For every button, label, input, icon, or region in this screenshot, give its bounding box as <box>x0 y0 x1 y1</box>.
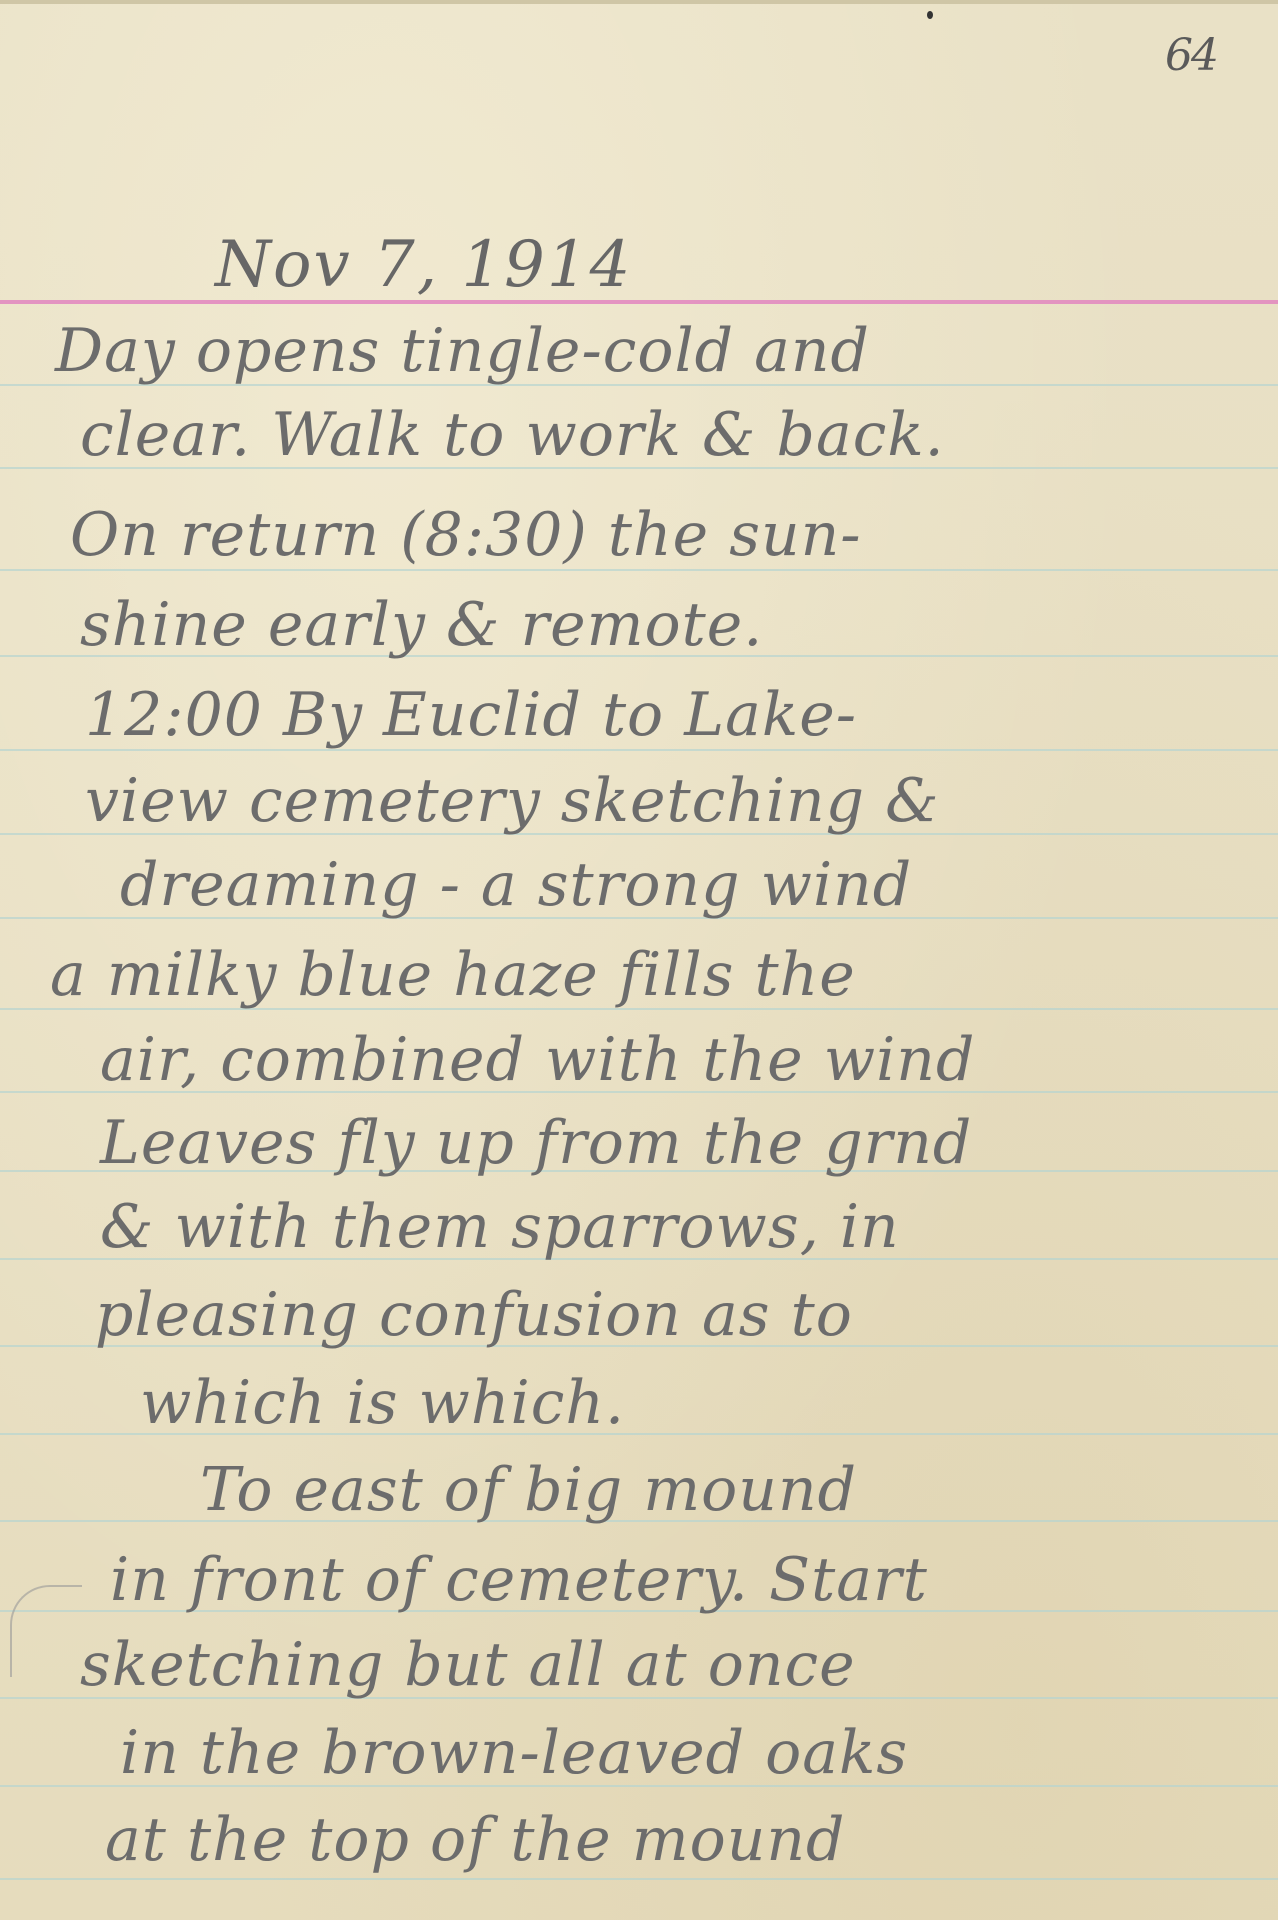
text-line: which is which. <box>140 1368 625 1438</box>
text-line: pleasing confusion as to <box>95 1280 853 1350</box>
text-line: 12:00 By Euclid to Lake- <box>85 680 857 750</box>
entry-date: Nov 7, 1914 <box>215 228 632 302</box>
text-line: clear. Walk to work & back. <box>80 400 945 470</box>
text-line: air, combined with the wind <box>100 1025 975 1095</box>
text-line: On return (8:30) the sun- <box>70 500 862 570</box>
text-line: at the top of the mound <box>105 1805 845 1875</box>
text-line: sketching but all at once <box>80 1630 856 1700</box>
binder-hole-dot <box>927 11 933 19</box>
text-line: in the brown-leaved oaks <box>120 1718 908 1788</box>
ruled-line <box>0 1878 1278 1880</box>
pink-header-rule <box>0 300 1278 304</box>
text-line: Leaves fly up from the grnd <box>100 1108 972 1178</box>
margin-pencil-mark <box>10 1585 82 1677</box>
text-line: & with them sparrows, in <box>100 1192 900 1262</box>
text-line: in front of cemetery. Start <box>110 1545 928 1615</box>
text-line: dreaming - a strong wind <box>120 850 912 920</box>
text-line: Day opens tingle-cold and <box>55 316 870 386</box>
journal-page: 64 Nov 7, 1914 Day opens tingle-cold and… <box>0 0 1278 1920</box>
text-line: To east of big mound <box>200 1455 857 1525</box>
text-line: a milky blue haze fills the <box>50 940 856 1010</box>
page-top-edge <box>0 0 1278 4</box>
text-line: view cemetery sketching & <box>85 766 940 836</box>
text-line: shine early & remote. <box>80 590 763 660</box>
page-number: 64 <box>1165 30 1217 81</box>
